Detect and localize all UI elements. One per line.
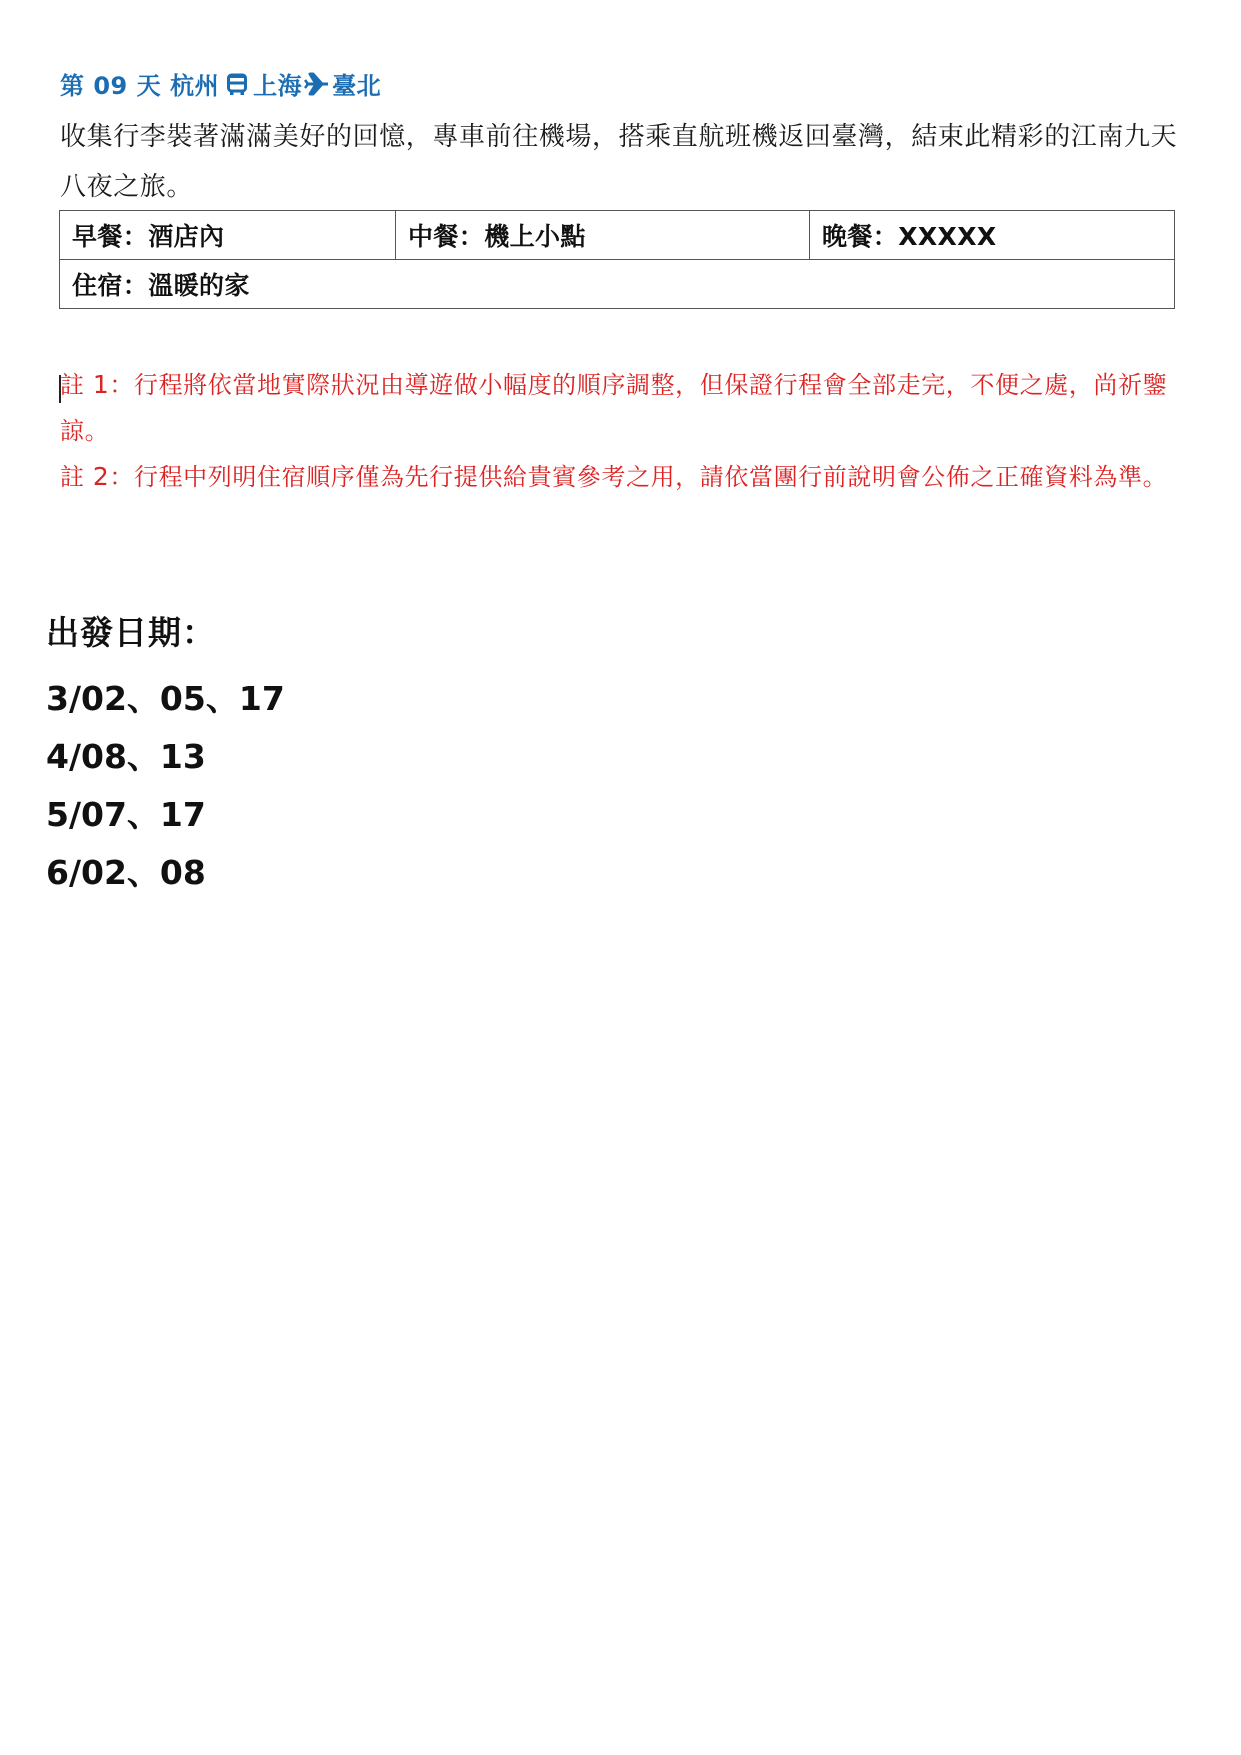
note-1: 註 1：行程將依當地實際狀況由導遊做小幅度的順序調整，但保證行程會全部走完，不便…	[60, 362, 1180, 454]
dinner-cell: 晚餐：XXXXX	[810, 211, 1175, 260]
breakfast-cell: 早餐：酒店內	[60, 211, 396, 260]
airplane-icon	[304, 72, 330, 96]
note-number: 1	[93, 370, 110, 399]
note-number: 2	[93, 462, 110, 491]
note-2: 註 2：行程中列明住宿順序僅為先行提供給貴賓參考之用，請依當團行前說明會公佈之正…	[60, 454, 1180, 500]
route-via: 上海	[253, 66, 302, 101]
bus-icon	[227, 72, 247, 96]
accommodation-cell: 住宿：溫暖的家	[60, 260, 1175, 309]
day-description: 收集行李裝著滿滿美好的回憶，專車前往機場，搭乘直航班機返回臺灣，結束此精彩的江南…	[60, 112, 1180, 212]
day-title: 第 09 天 杭州 上海 臺北	[60, 66, 381, 101]
date-line-may: 5/07、17	[46, 786, 285, 844]
date-line-april: 4/08、13	[46, 728, 285, 786]
departure-dates-section: 出發日期： 3/02、05、17 4/08、13 5/07、17 6/02、08	[46, 608, 285, 902]
document-page: 第 09 天 杭州 上海 臺北 收集行李裝著滿滿美好的回憶，專車前往機場，搭乘直…	[0, 0, 1241, 1755]
route-from: 杭州	[170, 66, 219, 101]
note-label: 註	[60, 371, 85, 399]
note-separator: ：	[109, 371, 134, 399]
meal-table: 早餐：酒店內 中餐：機上小點 晚餐：XXXXX 住宿：溫暖的家	[59, 210, 1175, 309]
date-line-june: 6/02、08	[46, 844, 285, 902]
lunch-cell: 中餐：機上小點	[396, 211, 810, 260]
date-line-march: 3/02、05、17	[46, 670, 285, 728]
notes-section: 註 1：行程將依當地實際狀況由導遊做小幅度的順序調整，但保證行程會全部走完，不便…	[60, 362, 1180, 500]
note-separator: ：	[109, 463, 134, 491]
note-text: 行程中列明住宿順序僅為先行提供給貴賓參考之用，請依當團行前說明會公佈之正確資料為…	[134, 463, 1167, 491]
meal-row: 早餐：酒店內 中餐：機上小點 晚餐：XXXXX	[60, 211, 1175, 260]
accommodation-row: 住宿：溫暖的家	[60, 260, 1175, 309]
note-label: 註	[60, 463, 85, 491]
departure-heading: 出發日期：	[46, 608, 285, 658]
day-label: 第 09 天	[60, 66, 161, 101]
note-text: 行程將依當地實際狀況由導遊做小幅度的順序調整，但保證行程會全部走完，不便之處，尚…	[60, 371, 1167, 445]
route-to: 臺北	[332, 66, 381, 101]
